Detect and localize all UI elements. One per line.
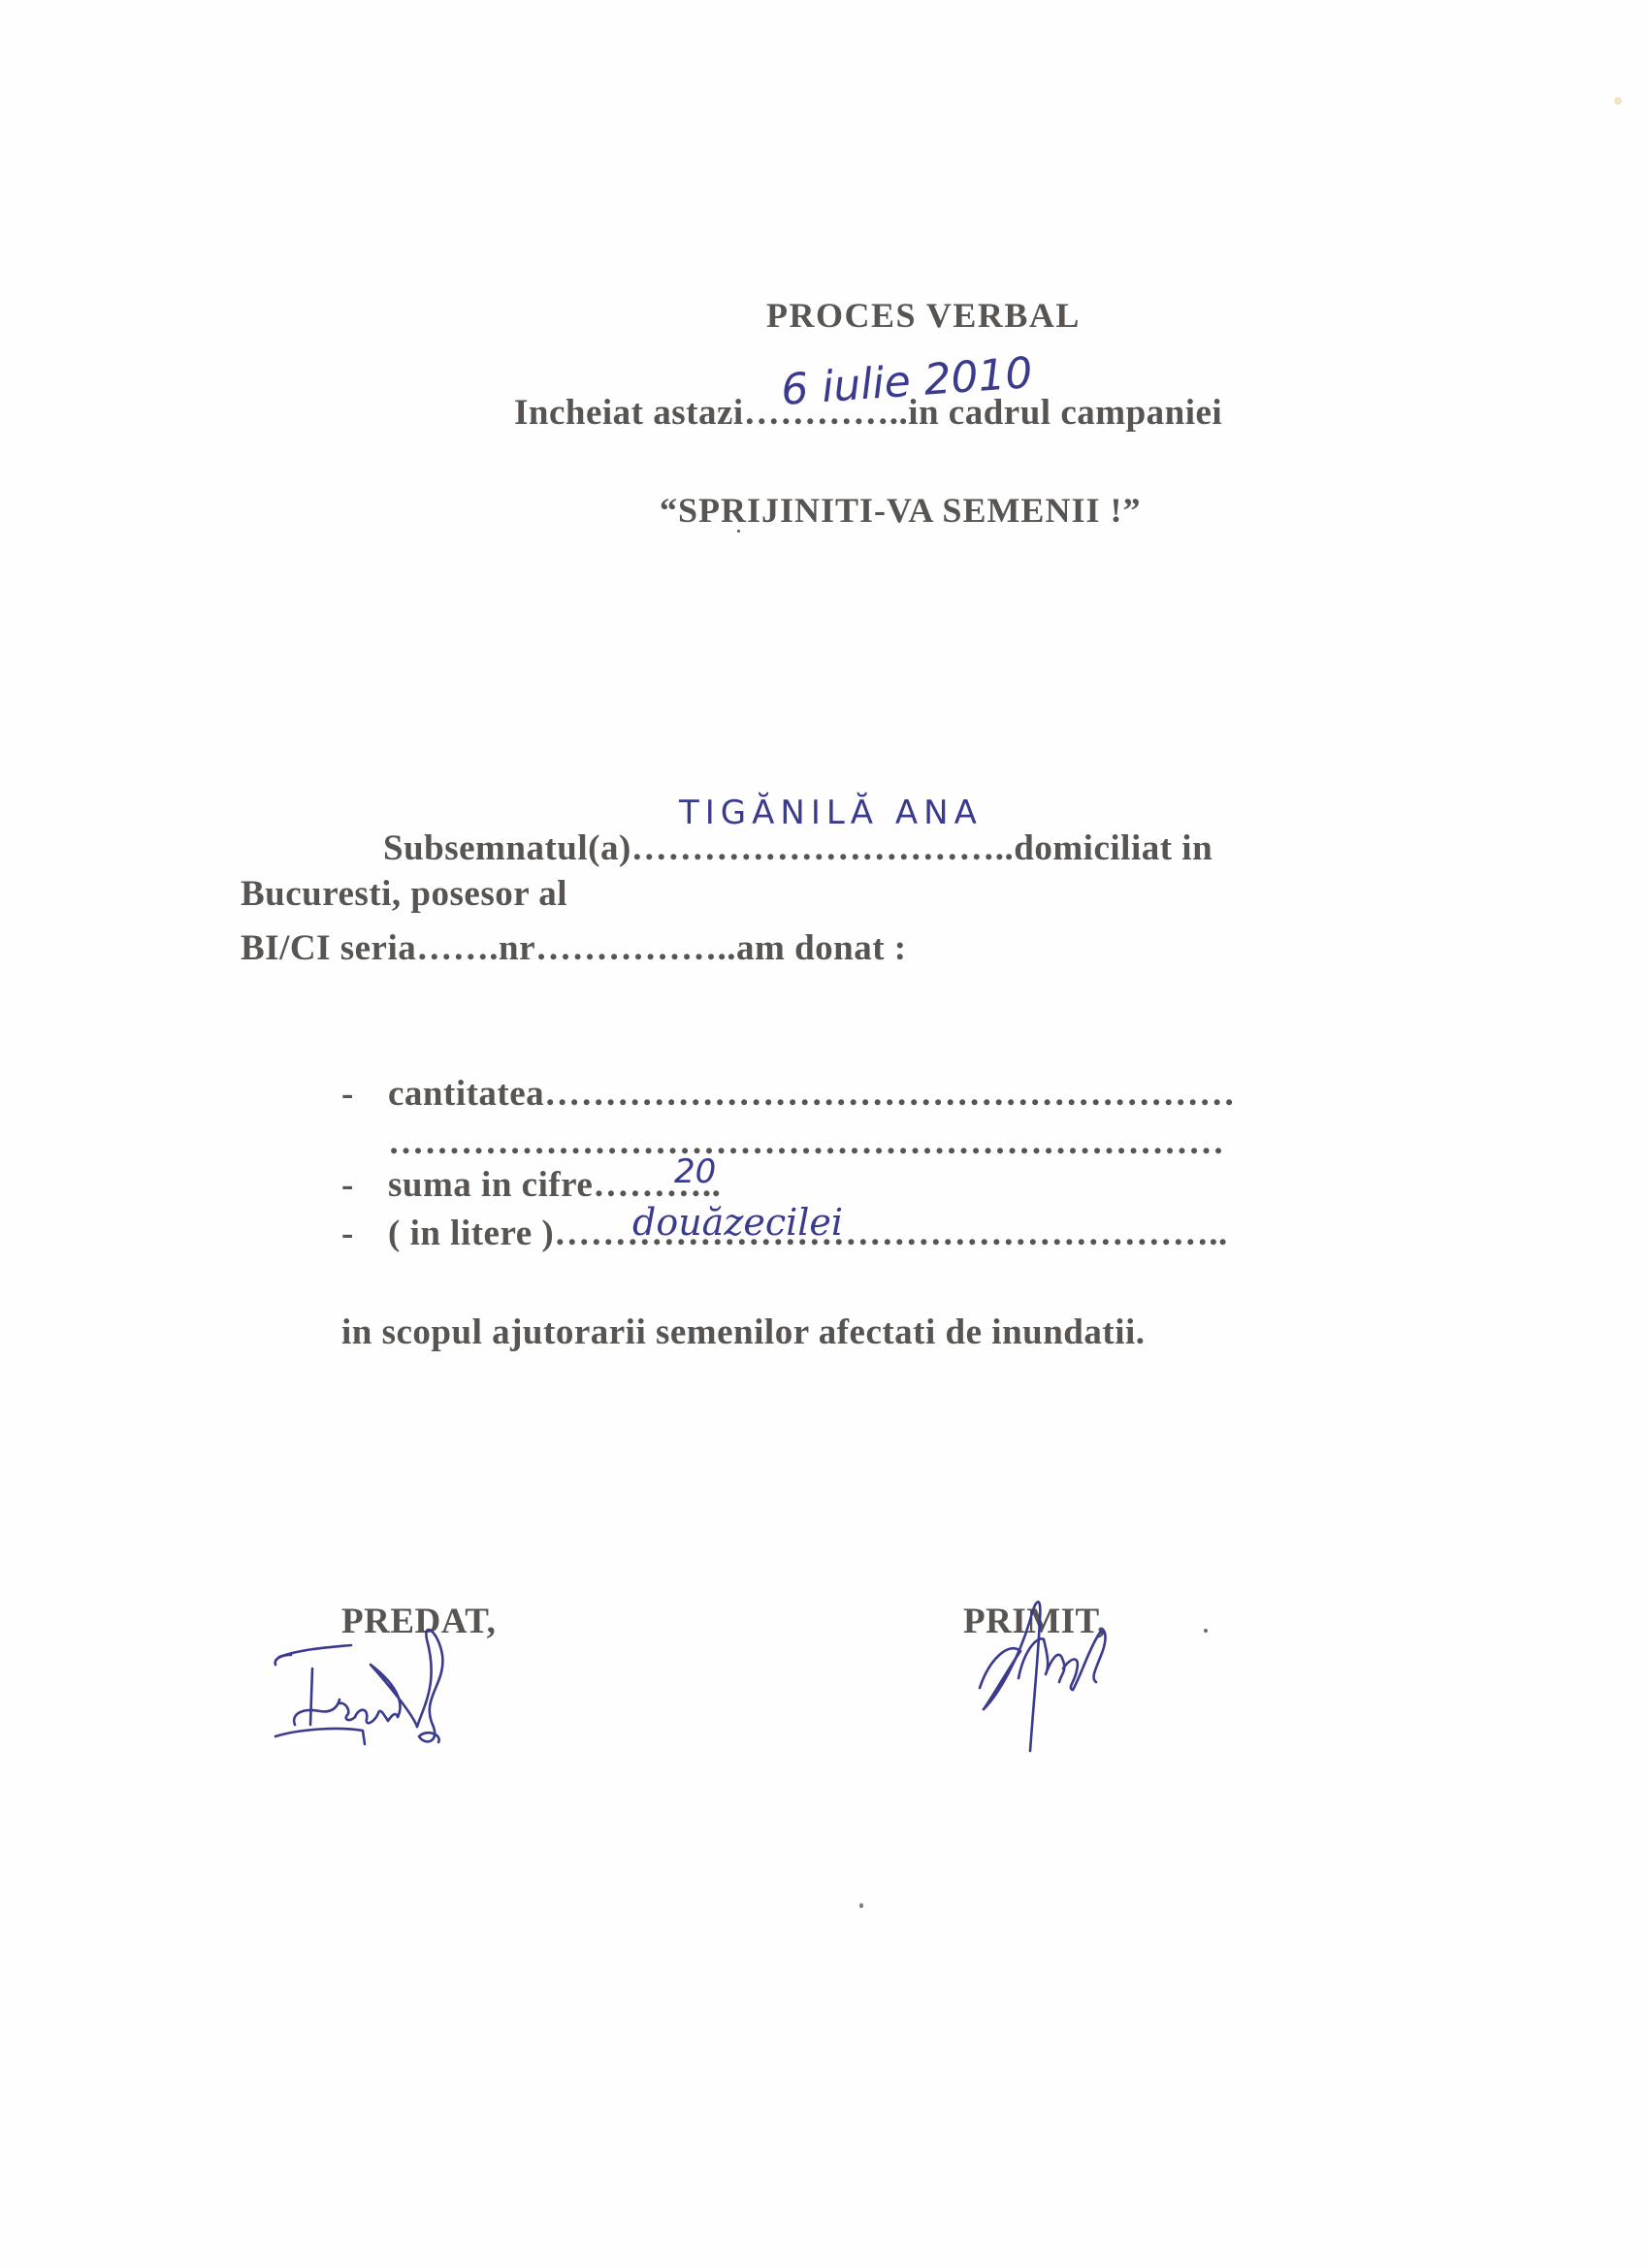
scan-speck bbox=[737, 530, 740, 533]
concluded-prefix: Incheiat astazi bbox=[514, 393, 744, 433]
handwritten-name: TIGĂNILĂ ANA bbox=[679, 794, 983, 832]
amount-words-label: ( in litere ) bbox=[388, 1214, 554, 1253]
handwritten-amount-digits: 20 bbox=[674, 1152, 716, 1191]
campaign-name: “SPRIJINITI-VA SEMENII !” bbox=[660, 490, 1141, 531]
amount-digits-label: suma in cifre bbox=[388, 1165, 593, 1205]
id-number-label: nr bbox=[499, 928, 535, 968]
id-number-field-dots[interactable]: …………….. bbox=[535, 928, 736, 968]
quantity-label: cantitatea bbox=[388, 1074, 544, 1114]
bullet-dash: - bbox=[341, 1073, 353, 1115]
scan-speck bbox=[1204, 1629, 1208, 1633]
quantity-continuation-dots[interactable]: …………………………………………………………… bbox=[388, 1121, 1225, 1163]
residence-label: domiciliat in bbox=[1014, 828, 1212, 868]
scan-speck bbox=[859, 1903, 863, 1908]
declarant-line-3: BI/CI seria…….nr……………..am donat : bbox=[241, 927, 907, 969]
document-page: PROCES VERBAL Incheiat astazi…………..in ca… bbox=[0, 0, 1649, 2268]
left-signature bbox=[262, 1610, 553, 1766]
right-signature bbox=[970, 1581, 1183, 1785]
donated-label: am donat : bbox=[736, 928, 907, 968]
scan-speck bbox=[1614, 97, 1622, 105]
id-series-label: BI/CI seria bbox=[241, 928, 416, 968]
handwritten-amount-words: douăzecilei bbox=[632, 1201, 843, 1244]
id-series-field-dots[interactable]: ……. bbox=[416, 928, 499, 968]
purpose-statement: in scopul ajutorarii semenilor afectati … bbox=[341, 1312, 1146, 1353]
bullet-dash: - bbox=[341, 1164, 353, 1206]
declarant-label: Subsemnatul(a) bbox=[383, 828, 631, 868]
quantity-line: cantitatea………………………………………………… bbox=[388, 1073, 1236, 1115]
amount-digits-line: suma in cifre……….. bbox=[388, 1164, 721, 1206]
declarant-line-1: Subsemnatul(a)…………………………..domiciliat in bbox=[383, 827, 1212, 869]
quantity-field-dots[interactable]: ………………………………………………… bbox=[544, 1074, 1236, 1114]
document-title: PROCES VERBAL bbox=[766, 295, 1081, 336]
bullet-dash: - bbox=[341, 1213, 353, 1254]
declarant-line-2: Bucuresti, posesor al bbox=[241, 873, 567, 915]
name-field-dots[interactable]: ………………………….. bbox=[631, 828, 1015, 868]
